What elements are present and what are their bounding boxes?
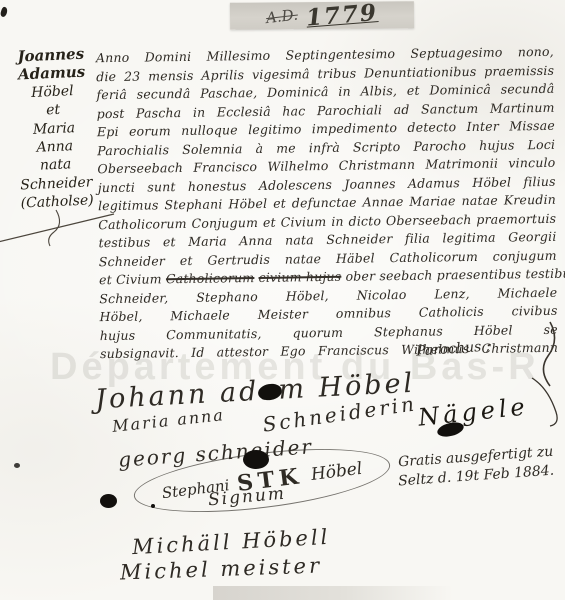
mark-name-post: Höbel xyxy=(310,458,364,484)
margin-note: Joannes Adamus Höbel et Maria Anna nata … xyxy=(0,44,107,214)
scan-edge-mark xyxy=(0,6,8,17)
header-year: 1779 xyxy=(305,0,379,32)
year-header-strip: A.D. 1779 xyxy=(230,1,414,30)
body-segment: et Civium xyxy=(99,271,162,287)
ink-blot xyxy=(243,450,269,469)
ink-speck xyxy=(14,463,20,468)
ink-speck xyxy=(151,504,155,508)
struck-word: civium hujus xyxy=(258,269,341,285)
ink-blot xyxy=(100,494,117,508)
struck-word: Catholicorum xyxy=(166,270,255,286)
official-signature: Nägele xyxy=(417,392,530,431)
record-body: Anno Domini Millesimo Septingentesimo Se… xyxy=(96,43,558,364)
body-segment: ober seebach praesentibus testibus Georg… xyxy=(345,265,565,284)
header-monogram: A.D. xyxy=(265,5,299,26)
scanned-register-page: A.D. 1779 Département du Bas-R Joannes A… xyxy=(0,0,565,600)
scan-edge-strip xyxy=(213,586,453,600)
